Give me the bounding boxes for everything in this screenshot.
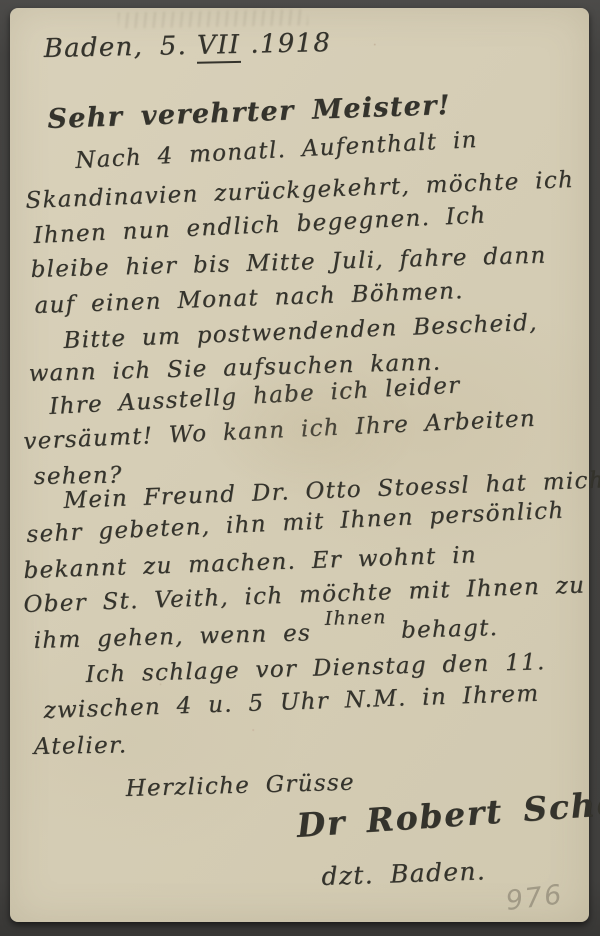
letter-line: Bitte um postwendenden Bescheid, bbox=[63, 310, 538, 354]
pencil-smudge bbox=[118, 9, 308, 28]
insertion-after-text: behagt. bbox=[401, 615, 499, 644]
dateline-place-day: Baden, 5. bbox=[43, 31, 187, 64]
inserted-word-above-line: Ihnen bbox=[324, 606, 387, 630]
signature-location: dzt. Baden. bbox=[321, 856, 486, 891]
letter-line: auf einen Monat nach Böhmen. bbox=[34, 278, 464, 319]
letter-line: Nach 4 monatl. Aufenthalt in bbox=[75, 127, 479, 174]
scan-background: Baden, 5.VII.1918 Sehr verehrter Meister… bbox=[0, 0, 600, 936]
closing-greeting: Herzliche Grüsse bbox=[125, 770, 355, 802]
letter-line: Atelier. bbox=[34, 732, 128, 760]
letter-line: zwischen 4 u. 5 Uhr N.M. in Ihrem bbox=[43, 681, 540, 724]
archive-number-pencil: 976 bbox=[504, 879, 565, 917]
postcard: Baden, 5.VII.1918 Sehr verehrter Meister… bbox=[10, 8, 589, 922]
letter-line: bleibe hier bis Mitte Juli, fahre dann bbox=[30, 243, 547, 283]
salutation-line: Sehr verehrter Meister! bbox=[47, 90, 451, 135]
dateline-year: .1918 bbox=[250, 28, 332, 60]
letter-line: Skandinavien zurückgekehrt, möchte ich bbox=[25, 167, 575, 214]
dateline: Baden, 5.VII.1918 bbox=[43, 28, 331, 64]
insertion-before-text: ihm gehen, wenn es bbox=[33, 620, 311, 654]
dateline-month-roman: VII bbox=[197, 30, 241, 64]
letter-line-with-insertion: ihm gehen, wenn esIhnenbehagt. bbox=[33, 615, 498, 654]
